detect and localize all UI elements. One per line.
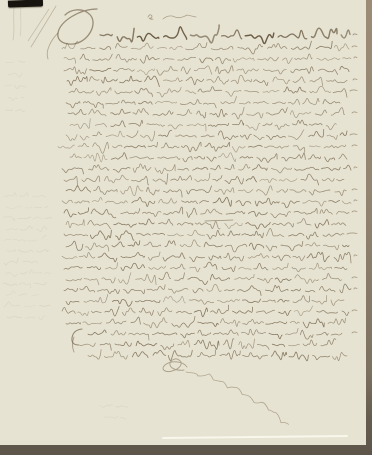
signature-flourish <box>163 359 289 424</box>
handwriting-layer <box>0 0 372 455</box>
top-margin-marks <box>148 15 196 20</box>
paragraph-initial-C <box>72 329 82 352</box>
decorative-initial-D <box>13 6 97 59</box>
scanned-manuscript-photo: Scanned handwritten manuscript letter on… <box>0 0 372 455</box>
bleedthrough-marks <box>3 61 128 419</box>
handwriting-lines <box>58 25 357 361</box>
